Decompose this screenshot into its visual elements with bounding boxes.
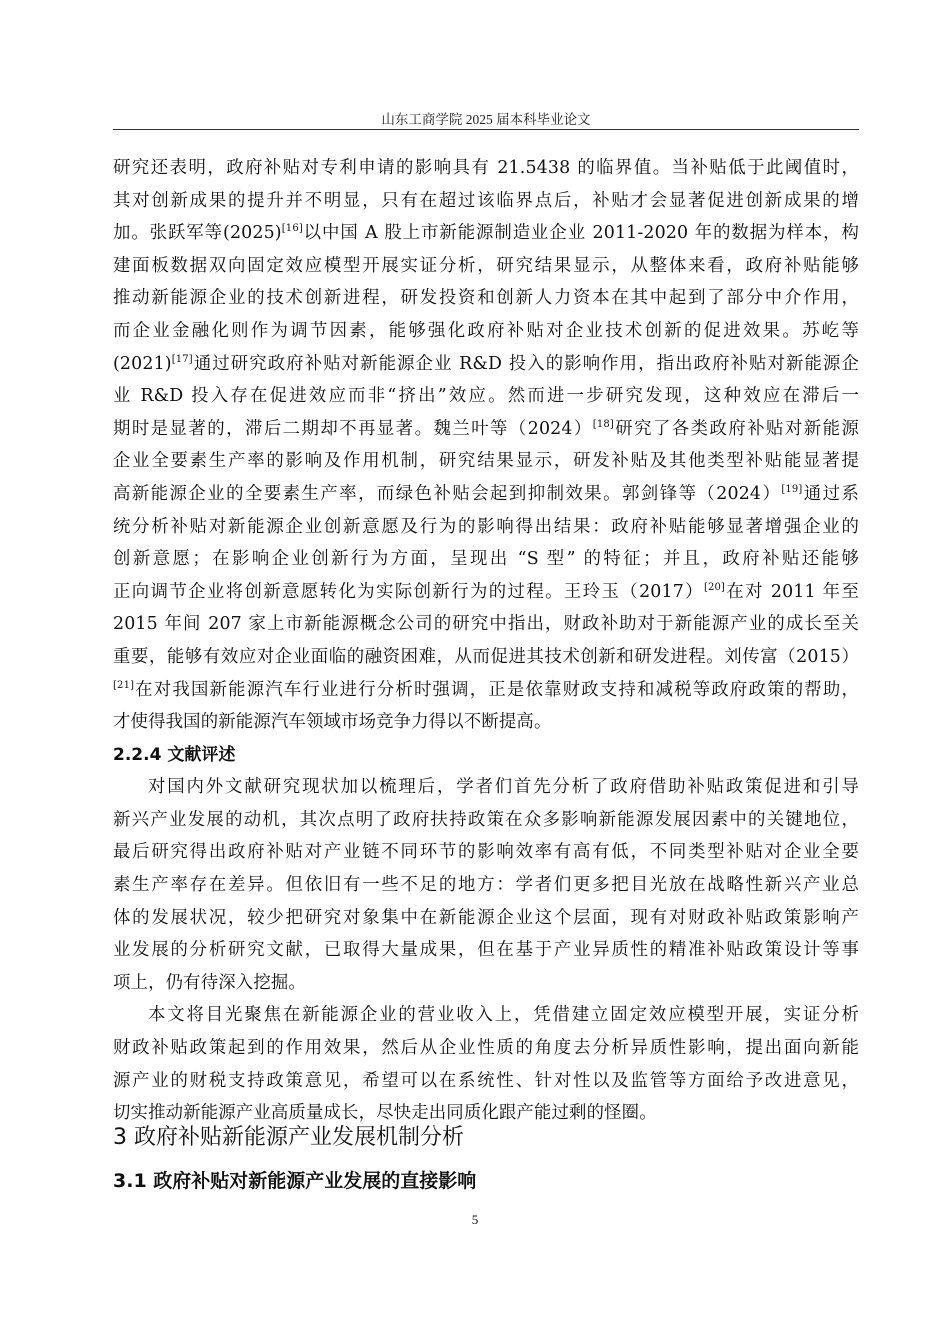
body-text: 研究还表明，政府补贴对专利申请的影响具有 21.5438 的临界值。当补贴低于此… [113, 152, 859, 1130]
text-span: 通过研究政府补贴对新能源企业 R&D 投入的影响作用，指出政府补贴对新能源企 [193, 354, 859, 374]
text-span: 高新能源企业的全要素生产率，而绿色补贴会起到抑制效果。郭剑锋等（2024） [113, 484, 781, 504]
citation-16[interactable]: [16] [282, 223, 303, 234]
paragraph-line: 业 R&D 投入存在促进效应而非“挤出”效应。然而进一步研究发现，这种效应在滞后… [113, 380, 859, 413]
paragraph-line: 推动新能源企业的技术创新进程，研发投资和创新人力资本在其中起到了部分中介作用， [113, 282, 859, 315]
text-span: 加。张跃军等(2025) [113, 223, 282, 243]
section-heading-3-1: 3.1 政府补贴对新能源产业发展的直接影响 [113, 1166, 476, 1193]
paragraph-line: 财政补贴政策起到的作用效果，然后从企业性质的角度去分析异质性影响，提出面向新能 [113, 1032, 859, 1065]
page-number: 5 [0, 1212, 950, 1228]
paragraph-line: 项上，仍有待深入挖掘。 [113, 967, 859, 1000]
paragraph-line: 研究还表明，政府补贴对专利申请的影响具有 21.5438 的临界值。当补贴低于此… [113, 152, 859, 185]
paragraph-line: (2021)[17]通过研究政府补贴对新能源企业 R&D 投入的影响作用，指出政… [113, 348, 859, 381]
paragraph-line: [21]在对我国新能源汽车行业进行分析时强调，正是依靠财政支持和减税等政府政策的… [113, 674, 859, 707]
citation-21[interactable]: [21] [113, 680, 134, 691]
paragraph-line: 正向调节企业将创新意愿转化为实际创新行为的过程。王玲玉（2017）[20]在对 … [113, 576, 859, 609]
paragraph-line: 素生产率存在差异。但依旧有一些不足的地方：学者们更多把目光放在战略性新兴产业总 [113, 869, 859, 902]
header-rule [113, 129, 859, 130]
citation-20[interactable]: [20] [704, 582, 725, 593]
citation-19[interactable]: [19] [781, 484, 802, 495]
paragraph-line: 新兴产业发展的动机，其次点明了政府扶持政策在众多影响新能源发展因素中的关键地位， [113, 804, 859, 837]
paragraph-line: 源产业的财税支持政策意见，希望可以在系统性、针对性以及监管等方面给予改进意见， [113, 1065, 859, 1098]
text-span: 以中国 A 股上市新能源制造业企业 2011-2020 年的数据为样本，构 [303, 223, 859, 243]
citation-18[interactable]: [18] [593, 419, 614, 430]
paragraph-line: 高新能源企业的全要素生产率，而绿色补贴会起到抑制效果。郭剑锋等（2024）[19… [113, 478, 859, 511]
text-span: 正向调节企业将创新意愿转化为实际创新行为的过程。王玲玉（2017） [113, 582, 704, 602]
paragraph-line: 创新意愿；在影响企业创新行为方面，呈现出 “S 型” 的特征；并且，政府补贴还能… [113, 543, 859, 576]
paragraph-line: 建面板数据双向固定效应模型开展实证分析，研究结果显示，从整体来看，政府补贴能够 [113, 250, 859, 283]
section-heading-2-2-4: 2.2.4 文献评述 [113, 739, 859, 772]
paragraph-line: 其对创新成果的提升并不明显，只有在超过该临界点后，补贴才会显著促进创新成果的增 [113, 185, 859, 218]
chapter-heading-3: 3 政府补贴新能源产业发展机制分析 [113, 1120, 464, 1151]
paragraph-line: 业发展的分析研究文献，已取得大量成果，但在基于产业异质性的精准补贴政策设计等事 [113, 934, 859, 967]
paragraph-line: 企业全要素生产率的影响及作用机制，研究结果显示，研发补贴及其他类型补贴能显著提 [113, 445, 859, 478]
paragraph-line: 2015 年间 207 家上市新能源概念公司的研究中指出，财政补助对于新能源产业… [113, 608, 859, 641]
citation-17[interactable]: [17] [172, 354, 193, 365]
text-span: 通过系 [802, 484, 859, 504]
paragraph-line: 而企业金融化则作为调节因素，能够强化政府补贴对企业技术创新的促进效果。苏屹等 [113, 315, 859, 348]
paragraph-line: 期时是显著的，滞后二期却不再显著。魏兰叶等（2024）[18]研究了各类政府补贴… [113, 413, 859, 446]
paragraph-line: 本文将目光聚焦在新能源企业的营业收入上，凭借建立固定效应模型开展，实证分析 [113, 999, 859, 1032]
text-span: 期时是显著的，滞后二期却不再显著。魏兰叶等（2024） [113, 419, 593, 439]
text-span: 研究了各类政府补贴对新能源 [614, 419, 859, 439]
document-page: 山东工商学院 2025 届本科毕业论文 研究还表明，政府补贴对专利申请的影响具有… [0, 0, 950, 1344]
paragraph-line: 才使得我国的新能源汽车领域市场竞争力得以不断提高。 [113, 706, 859, 739]
paragraph-line: 对国内外文献研究现状加以梳理后，学者们首先分析了政府借助补贴政策促进和引导 [113, 771, 859, 804]
paragraph-line: 重要，能够有效应对企业面临的融资困难，从而促进其技术创新和研发进程。刘传富（20… [113, 641, 859, 674]
text-span: (2021) [113, 354, 172, 374]
running-header: 山东工商学院 2025 届本科毕业论文 [113, 108, 859, 128]
paragraph-line: 统分析补贴对新能源企业创新意愿及行为的影响得出结果：政府补贴能够显著增强企业的 [113, 511, 859, 544]
paragraph-line: 加。张跃军等(2025)[16]以中国 A 股上市新能源制造业企业 2011-2… [113, 217, 859, 250]
paragraph-line: 最后研究得出政府补贴对产业链不同环节的影响效率有高有低，不同类型补贴对企业全要 [113, 836, 859, 869]
text-span: 在对我国新能源汽车行业进行分析时强调，正是依靠财政支持和减税等政府政策的帮助， [134, 680, 859, 700]
text-span: 在对 2011 年至 [725, 582, 859, 602]
paragraph-line: 体的发展状况，较少把研究对象集中在新能源企业这个层面，现有对财政补贴政策影响产 [113, 902, 859, 935]
